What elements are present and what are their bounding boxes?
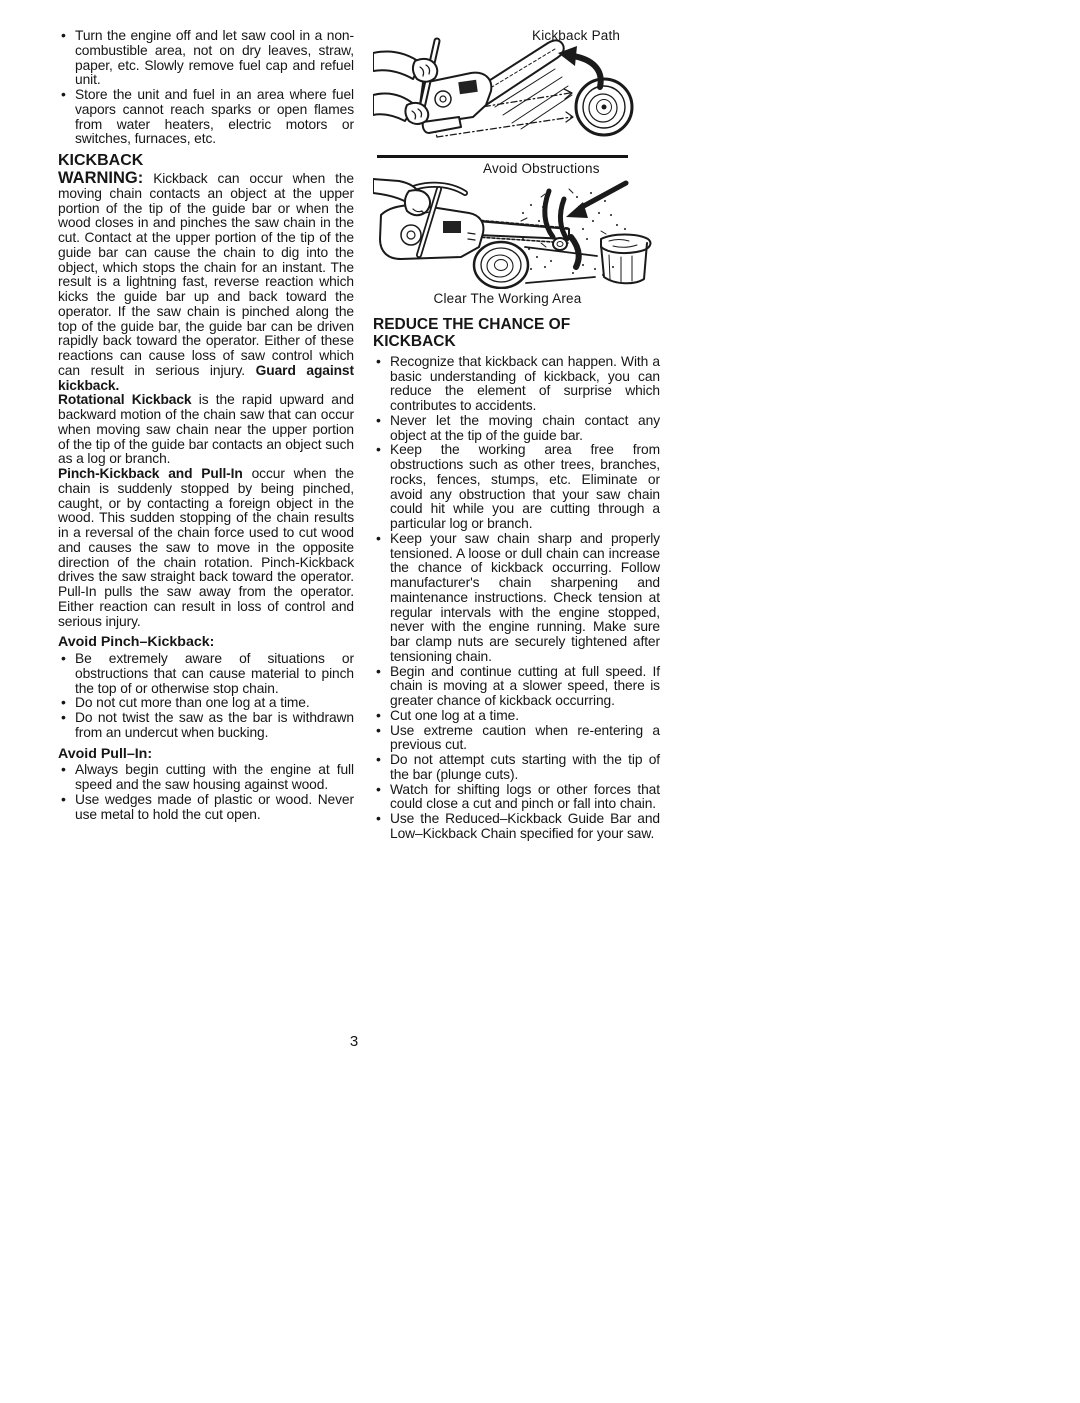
- avoid-pull-in-bullet-list: Always begin cutting with the engine at …: [58, 763, 354, 822]
- list-item: Keep the working area free from obstruct…: [373, 443, 660, 532]
- warning-paragraph: WARNING: Kickback can occur when the mov…: [58, 171, 354, 393]
- list-item: Use extreme caution when re-entering a p…: [373, 724, 660, 754]
- avoid-pull-in-heading: Avoid Pull–In:: [58, 747, 354, 762]
- pinch-kickback-text: occur when the chain is suddenly stopped…: [58, 466, 354, 629]
- warning-text: Kickback can occur when the moving chain…: [58, 171, 354, 378]
- list-item: Store the unit and fuel in an area where…: [58, 88, 354, 147]
- log-end-icon: [474, 242, 528, 288]
- clear-working-area-figure: [373, 177, 660, 289]
- kickback-path-figure: Kickback Path: [373, 25, 660, 153]
- figure-divider-rule: [377, 155, 628, 158]
- left-column: Turn the engine off and let saw cool in …: [58, 29, 354, 822]
- page-number: 3: [342, 1034, 366, 1050]
- rotational-kickback-paragraph: Rotational Kickback is the rapid upward …: [58, 393, 354, 467]
- log-end-icon: [576, 79, 632, 135]
- obstruction-branch-icon: [545, 191, 579, 267]
- list-item: Begin and continue cutting at full speed…: [373, 665, 660, 709]
- list-item: Do not cut more than one log at a time.: [58, 696, 354, 711]
- list-item: Do not twist the saw as the bar is withd…: [58, 711, 354, 741]
- obstruction-arrow-icon: [580, 183, 626, 208]
- list-item: Keep your saw chain sharp and properly t…: [373, 532, 660, 665]
- rotational-kickback-term: Rotational Kickback: [58, 392, 192, 407]
- kickback-arrow-icon: [573, 56, 601, 87]
- list-item: Use the Reduced–Kickback Guide Bar and L…: [373, 812, 660, 842]
- clear-working-area-caption: Clear The Working Area: [373, 292, 642, 307]
- list-item: Be extremely aware of situations or obst…: [58, 652, 354, 696]
- list-item: Always begin cutting with the engine at …: [58, 763, 354, 793]
- list-item: Do not attempt cuts starting with the ti…: [373, 753, 660, 783]
- list-item: Turn the engine off and let saw cool in …: [58, 29, 354, 88]
- reduce-kickback-bullet-list: Recognize that kickback can happen. With…: [373, 355, 660, 842]
- reduce-chance-heading: REDUCE THE CHANCE OF KICKBACK: [373, 316, 618, 351]
- avoid-pinch-kickback-heading: Avoid Pinch–Kickback:: [58, 635, 354, 650]
- chainsaw-obstruction-illustration: [373, 177, 660, 289]
- list-item: Never let the moving chain contact any o…: [373, 414, 660, 444]
- manual-page: Turn the engine off and let saw cool in …: [0, 0, 1080, 1403]
- kickback-path-label: Kickback Path: [532, 28, 620, 43]
- chainsaw-kickback-illustration: [373, 25, 660, 153]
- avoid-obstructions-label: Avoid Obstructions: [483, 161, 660, 176]
- list-item: Use wedges made of plastic or wood. Neve…: [58, 793, 354, 823]
- right-column: Kickback Path: [373, 25, 660, 842]
- pinch-kickback-term: Pinch-Kickback and Pull-In: [58, 466, 243, 481]
- stump-icon: [601, 235, 650, 284]
- avoid-pinch-bullet-list: Be extremely aware of situations or obst…: [58, 652, 354, 741]
- list-item: Watch for shifting logs or other forces …: [373, 783, 660, 813]
- list-item: Cut one log at a time.: [373, 709, 660, 724]
- kickback-heading: KICKBACK: [58, 153, 354, 169]
- list-item: Recognize that kickback can happen. With…: [373, 355, 660, 414]
- pinch-kickback-paragraph: Pinch-Kickback and Pull-In occur when th…: [58, 467, 354, 629]
- intro-bullet-list: Turn the engine off and let saw cool in …: [58, 29, 354, 147]
- warning-label: WARNING:: [58, 169, 143, 187]
